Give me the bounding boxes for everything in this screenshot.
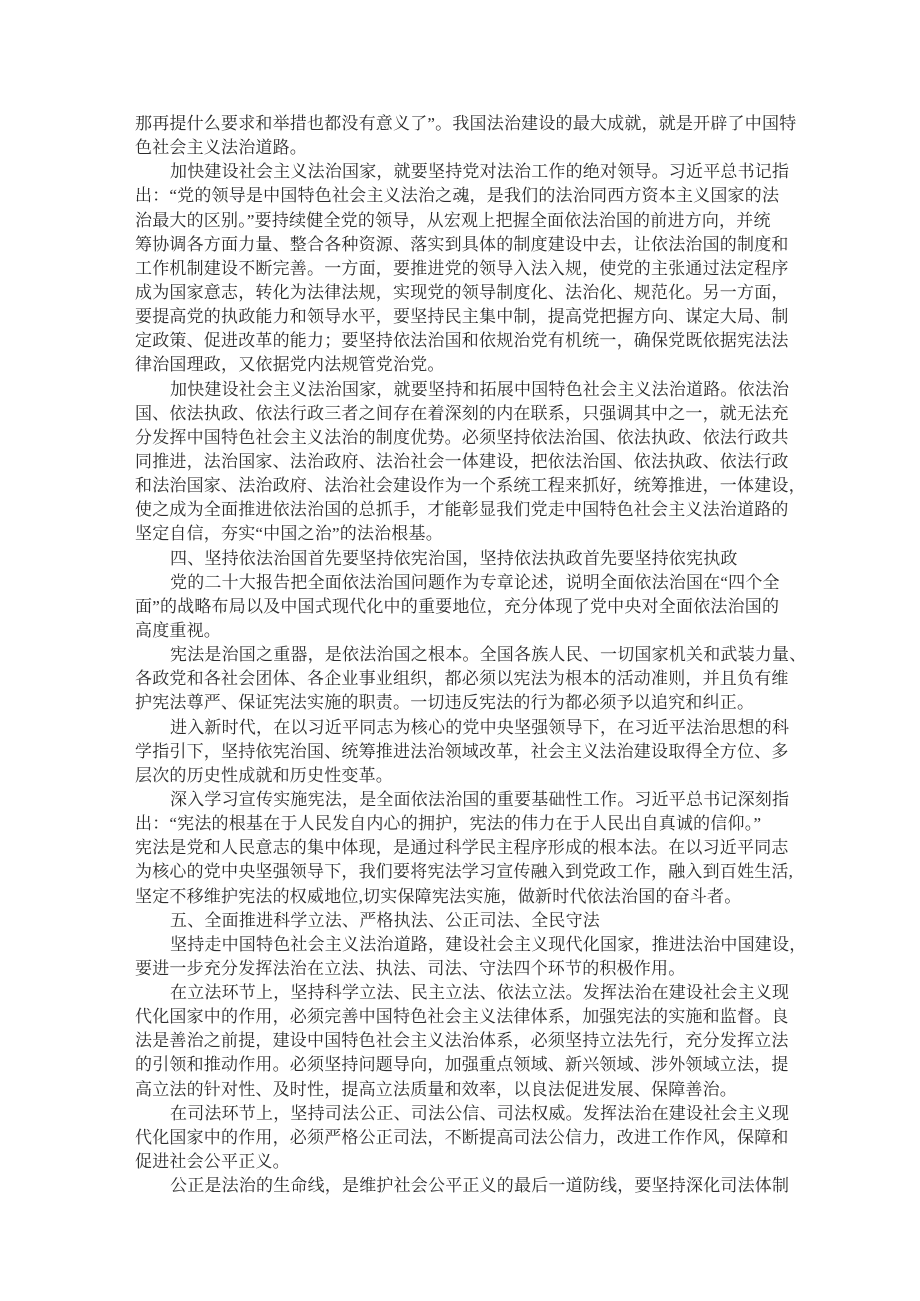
text-line: 促进社会公平正义。 xyxy=(135,1150,797,1174)
text-line: 定政策、促进改革的能力；要坚持依法治国和依规治党有机统一，确保党既依据宪法法 xyxy=(135,329,797,353)
text-line: 高立法的针对性、及时性，提高立法质量和效率，以良法促进发展、保障善治。 xyxy=(135,1078,797,1102)
text-line: 要进一步充分发挥法治在立法、执法、司法、守法四个环节的积极作用。 xyxy=(135,957,797,981)
text-line: 进入新时代，在以习近平同志为核心的党中央坚强领导下，在习近平法治思想的科 xyxy=(135,716,797,740)
text-line: 面”的战略布局以及中国式现代化中的重要地位，充分体现了党中央对全面依法治国的 xyxy=(135,595,797,619)
paragraph: 加快建设社会主义法治国家，就要坚持党对法治工作的绝对领导。习近平总书记指出：“党… xyxy=(135,160,797,377)
text-line: 坚持走中国特色社会主义法治道路，建设社会主义现代化国家，推进法治中国建设， xyxy=(135,933,797,957)
paragraph: 在司法环节上，坚持司法公正、司法公信、司法权威。发挥法治在建设社会主义现代化国家… xyxy=(135,1102,797,1174)
text-line: 出：“党的领导是中国特色社会主义法治之魂，是我们的法治同西方资本主义国家的法 xyxy=(135,184,797,208)
text-line: 四、坚持依法治国首先要坚持依宪治国，坚持依法执政首先要坚持依宪执政 xyxy=(135,547,797,571)
text-line: 治最大的区别。”要持续健全党的领导，从宏观上把握全面依法治国的前进方向，并统 xyxy=(135,209,797,233)
paragraph: 深入学习宣传实施宪法，是全面依法治国的重要基础性工作。习近平总书记深刻指出：“宪… xyxy=(135,788,797,909)
section-heading: 四、坚持依法治国首先要坚持依宪治国，坚持依法执政首先要坚持依宪执政 xyxy=(135,547,797,571)
text-line: 宪法是党和人民意志的集中体现，是通过科学民主程序形成的根本法。在以习近平同志 xyxy=(135,836,797,860)
paragraph: 加快建设社会主义法治国家，就要坚持和拓展中国特色社会主义法治道路。依法治国、依法… xyxy=(135,378,797,547)
text-line: 成为国家意志，转化为法律法规，实现党的领导制度化、法治化、规范化。另一方面， xyxy=(135,281,797,305)
text-line: 工作机制建设不断完善。一方面，要推进党的领导入法入规，使党的主张通过法定程序 xyxy=(135,257,797,281)
text-line: 坚定不移维护宪法的权威地位,切实保障宪法实施，做新时代依法治国的奋斗者。 xyxy=(135,885,797,909)
text-line: 使之成为全面推进依法治国的总抓手，才能彰显我们党走中国特色社会主义法治道路的 xyxy=(135,498,797,522)
text-line: 代化国家中的作用，必须完善中国特色社会主义法律体系，加强宪法的实施和监督。良 xyxy=(135,1005,797,1029)
text-line: 各政党和各社会团体、各企业事业组织，都必须以宪法为根本的活动准则，并且负有维 xyxy=(135,667,797,691)
text-line: 要提高党的执政能力和领导水平，要坚持民主集中制，提高党把握方向、谋定大局、制 xyxy=(135,305,797,329)
text-line: 分发挥中国特色社会主义法治的制度优势。必须坚持依法治国、依法执政、依法行政共 xyxy=(135,426,797,450)
text-line: 层次的历史性成就和历史性变革。 xyxy=(135,764,797,788)
text-line: 的引领和推动作用。必须坚持问题导向，加强重点领域、新兴领域、涉外领域立法，提 xyxy=(135,1053,797,1077)
paragraph: 坚持走中国特色社会主义法治道路，建设社会主义现代化国家，推进法治中国建设，要进一… xyxy=(135,933,797,981)
text-line: 在立法环节上，坚持科学立法、民主立法、依法立法。发挥法治在建设社会主义现 xyxy=(135,981,797,1005)
document-text: 那再提什么要求和举措也都没有意义了”。我国法治建设的最大成就，就是开辟了中国特色… xyxy=(135,112,797,1198)
text-line: 律治国理政，又依据党内法规管党治党。 xyxy=(135,353,797,377)
text-line: 色社会主义法治道路。 xyxy=(135,136,797,160)
text-line: 出：“宪法的根基在于人民发自内心的拥护，宪法的伟力在于人民出自真诚的信仰。” xyxy=(135,812,797,836)
document-page: 那再提什么要求和举措也都没有意义了”。我国法治建设的最大成就，就是开辟了中国特色… xyxy=(0,0,920,1301)
paragraph: 宪法是治国之重器，是依法治国之根本。全国各族人民、一切国家机关和武装力量、各政党… xyxy=(135,643,797,715)
text-line: 加快建设社会主义法治国家，就要坚持和拓展中国特色社会主义法治道路。依法治 xyxy=(135,378,797,402)
text-line: 在司法环节上，坚持司法公正、司法公信、司法权威。发挥法治在建设社会主义现 xyxy=(135,1102,797,1126)
text-line: 国、依法执政、依法行政三者之间存在着深刻的内在联系，只强调其中之一，就无法充 xyxy=(135,402,797,426)
text-line: 护宪法尊严、保证宪法实施的职责。一切违反宪法的行为都必须予以追究和纠正。 xyxy=(135,691,797,715)
text-line: 和法治国家、法治政府、法治社会建设作为一个系统工程来抓好，统筹推进，一体建设， xyxy=(135,474,797,498)
section-heading: 五、全面推进科学立法、严格执法、公正司法、全民守法 xyxy=(135,909,797,933)
text-line: 筹协调各方面力量、整合各种资源、落实到具体的制度建设中去，让依法治国的制度和 xyxy=(135,233,797,257)
paragraph: 党的二十大报告把全面依法治国问题作为专章论述，说明全面依法治国在“四个全面”的战… xyxy=(135,571,797,643)
text-line: 五、全面推进科学立法、严格执法、公正司法、全民守法 xyxy=(135,909,797,933)
text-line: 深入学习宣传实施宪法，是全面依法治国的重要基础性工作。习近平总书记深刻指 xyxy=(135,788,797,812)
text-line: 代化国家中的作用，必须严格公正司法，不断提高司法公信力，改进工作作风，保障和 xyxy=(135,1126,797,1150)
text-line: 那再提什么要求和举措也都没有意义了”。我国法治建设的最大成就，就是开辟了中国特 xyxy=(135,112,797,136)
text-line: 同推进，法治国家、法治政府、法治社会一体建设，把依法治国、依法执政、依法行政 xyxy=(135,450,797,474)
text-line: 党的二十大报告把全面依法治国问题作为专章论述，说明全面依法治国在“四个全 xyxy=(135,571,797,595)
paragraph: 那再提什么要求和举措也都没有意义了”。我国法治建设的最大成就，就是开辟了中国特色… xyxy=(135,112,797,160)
text-line: 加快建设社会主义法治国家，就要坚持党对法治工作的绝对领导。习近平总书记指 xyxy=(135,160,797,184)
text-line: 高度重视。 xyxy=(135,619,797,643)
text-line: 坚定自信，夯实“中国之治”的法治根基。 xyxy=(135,522,797,546)
paragraph: 进入新时代，在以习近平同志为核心的党中央坚强领导下，在习近平法治思想的科学指引下… xyxy=(135,716,797,788)
text-line: 学指引下，坚持依宪治国、统筹推进法治领域改革，社会主义法治建设取得全方位、多 xyxy=(135,740,797,764)
text-line: 公正是法治的生命线，是维护社会公平正义的最后一道防线，要坚持深化司法体制 xyxy=(135,1174,797,1198)
text-line: 宪法是治国之重器，是依法治国之根本。全国各族人民、一切国家机关和武装力量、 xyxy=(135,643,797,667)
paragraph: 在立法环节上，坚持科学立法、民主立法、依法立法。发挥法治在建设社会主义现代化国家… xyxy=(135,981,797,1102)
paragraph: 公正是法治的生命线，是维护社会公平正义的最后一道防线，要坚持深化司法体制 xyxy=(135,1174,797,1198)
text-line: 为核心的党中央坚强领导下，我们要将宪法学习宣传融入到党政工作，融入到百姓生活, xyxy=(135,860,797,884)
text-line: 法是善治之前提，建设中国特色社会主义法治体系，必须坚持立法先行，充分发挥立法 xyxy=(135,1029,797,1053)
